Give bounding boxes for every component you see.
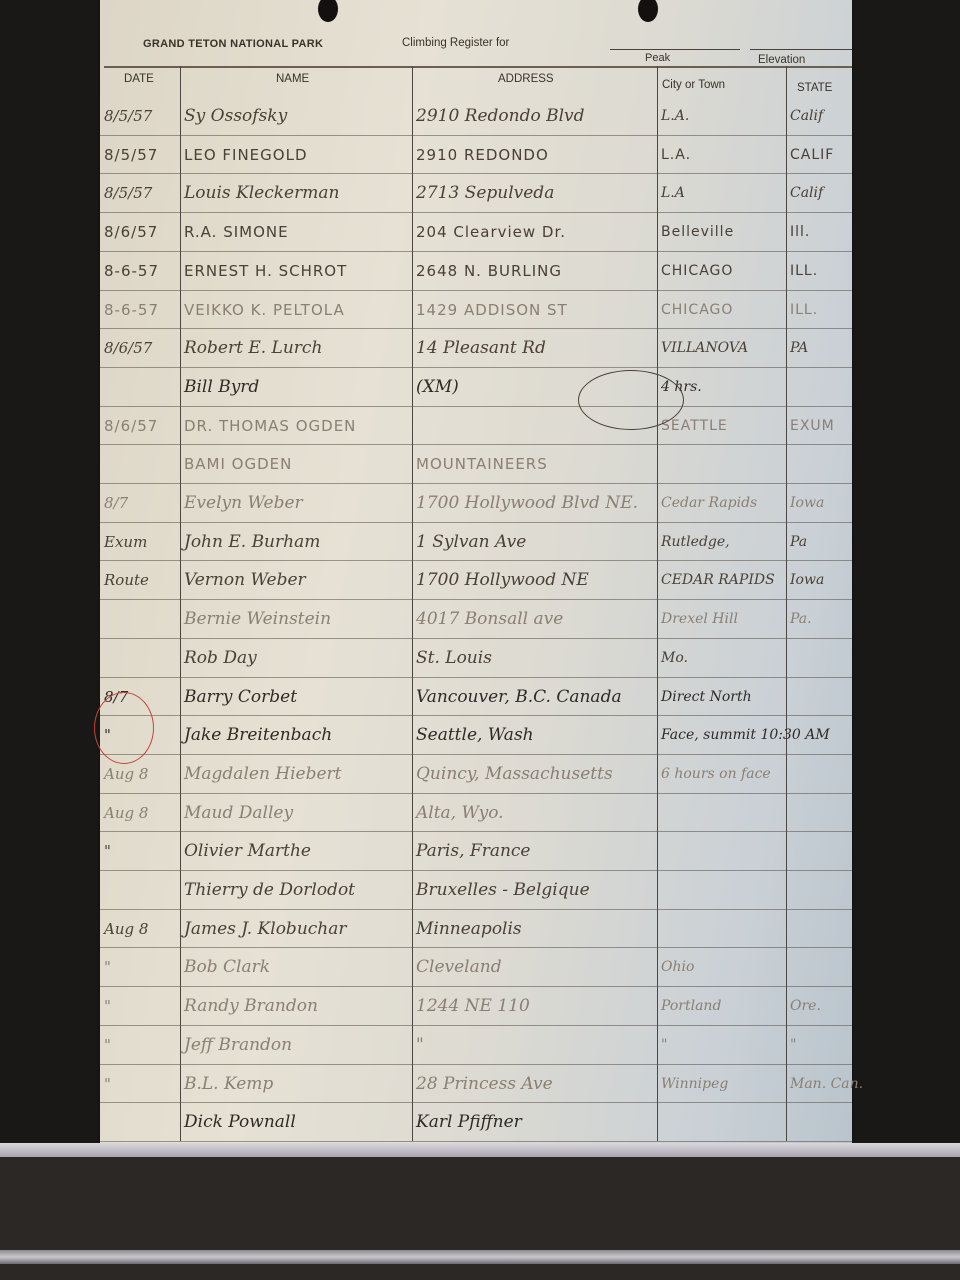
row-rule <box>100 328 852 329</box>
city-cell: Ohio <box>661 957 694 977</box>
state-cell: ILL. <box>790 261 818 281</box>
address-cell: Alta, Wyo. <box>416 803 504 823</box>
column-divider <box>180 66 181 1141</box>
city-cell: CHICAGO <box>661 300 733 320</box>
state-cell: Iowa <box>790 570 824 590</box>
name-cell: Vernon Weber <box>184 570 306 590</box>
park-title: GRAND TETON NATIONAL PARK <box>143 38 323 50</box>
peak-blank <box>610 49 740 50</box>
address-cell: 1700 Hollywood Blvd NE. <box>416 493 638 513</box>
column-header-name: NAME <box>276 73 309 85</box>
address-cell: 1244 NE 110 <box>416 996 530 1016</box>
address-cell: 1700 Hollywood NE <box>416 570 589 590</box>
row-rule <box>100 406 852 407</box>
name-cell: John E. Burham <box>184 532 320 552</box>
city-cell: VILLANOVA <box>661 338 748 358</box>
address-cell: 2648 N. BURLING <box>416 261 562 281</box>
date-cell: 8-6-57 <box>104 261 159 281</box>
row-rule <box>100 560 852 561</box>
address-cell: 1429 ADDISON ST <box>416 300 568 320</box>
row-rule <box>100 986 852 987</box>
name-cell: Louis Kleckerman <box>184 183 339 203</box>
date-cell: " <box>104 996 111 1016</box>
city-cell: Cedar Rapids <box>661 493 757 513</box>
column-header-state: STATE <box>797 82 832 94</box>
name-cell: Barry Corbet <box>184 687 297 707</box>
name-cell: Jeff Brandon <box>184 1035 292 1055</box>
row-rule <box>100 909 852 910</box>
address-cell: Cleveland <box>416 957 502 977</box>
name-cell: James J. Klobuchar <box>184 919 347 939</box>
address-cell: 28 Princess Ave <box>416 1074 553 1094</box>
name-cell: Rob Day <box>184 648 257 668</box>
city-cell: " <box>661 1035 667 1055</box>
date-cell: " <box>104 1035 111 1055</box>
date-cell: 8/6/57 <box>104 338 152 358</box>
address-cell: St. Louis <box>416 648 492 668</box>
address-cell: 204 Clearview Dr. <box>416 222 566 242</box>
state-cell: Calif <box>790 183 823 203</box>
city-cell: Winnipeg <box>661 1074 728 1094</box>
name-cell: Bill Byrd <box>184 377 259 397</box>
address-cell: 1 Sylvan Ave <box>416 532 526 552</box>
date-cell: " <box>104 1074 111 1094</box>
date-cell: 8/6/57 <box>104 222 158 242</box>
header-rule <box>104 66 852 68</box>
name-cell: Thierry de Dorlodot <box>184 880 355 900</box>
row-rule <box>100 212 852 213</box>
city-cell: Drexel Hill <box>661 609 738 629</box>
city-cell: 6 hours on face <box>661 764 771 784</box>
name-cell: Dick Pownall <box>184 1112 296 1132</box>
city-cell: L.A <box>661 183 685 203</box>
peak-label: Peak <box>645 52 670 64</box>
date-cell: 8/5/57 <box>104 145 158 165</box>
state-cell: Pa. <box>790 609 812 629</box>
date-cell: 8/5/57 <box>104 106 152 126</box>
row-rule <box>100 870 852 871</box>
name-cell: B.L. Kemp <box>184 1074 273 1094</box>
row-rule <box>100 1102 852 1103</box>
row-rule <box>100 135 852 136</box>
address-cell: 2910 REDONDO <box>416 145 549 165</box>
name-cell: VEIKKO K. PELTOLA <box>184 300 345 320</box>
column-header-date: DATE <box>124 73 154 85</box>
city-cell: Portland <box>661 996 721 1016</box>
name-cell: Sy Ossofsky <box>184 106 287 126</box>
column-divider <box>657 66 658 1141</box>
row-rule <box>100 831 852 832</box>
row-rule <box>100 947 852 948</box>
row-rule <box>100 483 852 484</box>
punch-hole <box>638 0 658 22</box>
row-rule <box>100 754 852 755</box>
column-header-address: ADDRESS <box>498 73 554 85</box>
column-divider <box>786 66 787 1141</box>
row-rule <box>100 638 852 639</box>
name-cell: R.A. SIMONE <box>184 222 289 242</box>
city-cell: Direct North <box>661 687 752 707</box>
mat-border <box>0 1143 960 1157</box>
date-cell: Aug 8 <box>104 803 148 823</box>
address-cell: 14 Pleasant Rd <box>416 338 546 358</box>
state-cell: Calif <box>790 106 823 126</box>
address-cell: " <box>416 1035 424 1055</box>
row-rule <box>100 1064 852 1065</box>
name-cell: Randy Brandon <box>184 996 318 1016</box>
row-rule <box>100 444 852 445</box>
name-cell: Maud Dalley <box>184 803 293 823</box>
address-cell: MOUNTAINEERS <box>416 454 548 474</box>
row-rule <box>100 1141 852 1142</box>
elevation-label: Elevation <box>758 54 805 66</box>
address-cell: Bruxelles - Belgique <box>416 880 590 900</box>
punch-hole <box>318 0 338 22</box>
state-cell: PA <box>790 338 808 358</box>
row-rule <box>100 522 852 523</box>
address-cell: Quincy, Massachusetts <box>416 764 613 784</box>
city-cell: Rutledge, <box>661 532 730 552</box>
address-cell: 2910 Redondo Blvd <box>416 106 585 126</box>
date-cell: Aug 8 <box>104 919 148 939</box>
row-rule <box>100 173 852 174</box>
xm-circle-annotation <box>578 370 684 430</box>
name-cell: DR. THOMAS OGDEN <box>184 416 356 436</box>
address-cell: Karl Pfiffner <box>416 1112 522 1132</box>
date-cell: " <box>104 957 111 977</box>
city-cell: Belleville <box>661 222 734 242</box>
column-header-city: City or Town <box>662 79 725 91</box>
row-rule <box>100 367 852 368</box>
climbing-register-sheet: GRAND TETON NATIONAL PARK Climbing Regis… <box>100 0 852 1148</box>
register-label: Climbing Register for <box>402 37 509 49</box>
address-cell: Paris, France <box>416 841 531 861</box>
date-cell: " <box>104 841 111 861</box>
row-rule <box>100 599 852 600</box>
state-cell: Ore. <box>790 996 821 1016</box>
state-cell: Man. Can. <box>790 1074 863 1094</box>
state-cell: " <box>790 1035 796 1055</box>
name-cell: Jake Breitenbach <box>184 725 332 745</box>
name-cell: BAMI OGDEN <box>184 454 292 474</box>
address-cell: (XM) <box>416 377 459 397</box>
city-cell: L.A. <box>661 106 689 126</box>
date-cell: 8/5/57 <box>104 183 152 203</box>
red-circle-annotation <box>94 692 154 764</box>
elevation-blank <box>750 49 852 50</box>
row-rule <box>100 290 852 291</box>
city-cell: L.A. <box>661 145 691 165</box>
address-cell: Vancouver, B.C. Canada <box>416 687 622 707</box>
date-cell: Exum <box>104 532 147 552</box>
name-cell: Olivier Marthe <box>184 841 311 861</box>
row-rule <box>100 251 852 252</box>
name-cell: Bob Clark <box>184 957 270 977</box>
date-cell: 8/7 <box>104 493 128 513</box>
city-cell: CHICAGO <box>661 261 733 281</box>
name-cell: LEO FINEGOLD <box>184 145 308 165</box>
date-cell: Aug 8 <box>104 764 148 784</box>
address-cell: Seattle, Wash <box>416 725 534 745</box>
city-cell: Face, summit 10:30 AM <box>661 725 830 745</box>
address-cell: Minneapolis <box>416 919 522 939</box>
row-rule <box>100 1025 852 1026</box>
state-cell: ILL. <box>790 300 818 320</box>
state-cell: Pa <box>790 532 807 552</box>
state-cell: Iowa <box>790 493 824 513</box>
row-rule <box>100 677 852 678</box>
row-rule <box>100 793 852 794</box>
column-divider <box>412 66 413 1141</box>
date-cell: 8/6/57 <box>104 416 158 436</box>
city-cell: Mo. <box>661 648 688 668</box>
name-cell: Bernie Weinstein <box>184 609 331 629</box>
city-cell: CEDAR RAPIDS <box>661 570 775 590</box>
address-cell: 2713 Sepulveda <box>416 183 554 203</box>
address-cell: 4017 Bonsall ave <box>416 609 563 629</box>
row-rule <box>100 715 852 716</box>
name-cell: Robert E. Lurch <box>184 338 322 358</box>
state-cell: CALIF <box>790 145 834 165</box>
name-cell: Magdalen Hiebert <box>184 764 342 784</box>
name-cell: Evelyn Weber <box>184 493 303 513</box>
date-cell: 8-6-57 <box>104 300 159 320</box>
mat-edge <box>0 1250 960 1264</box>
date-cell: Route <box>104 570 149 590</box>
state-cell: EXUM <box>790 416 835 436</box>
name-cell: ERNEST H. SCHROT <box>184 261 347 281</box>
state-cell: Ill. <box>790 222 810 242</box>
